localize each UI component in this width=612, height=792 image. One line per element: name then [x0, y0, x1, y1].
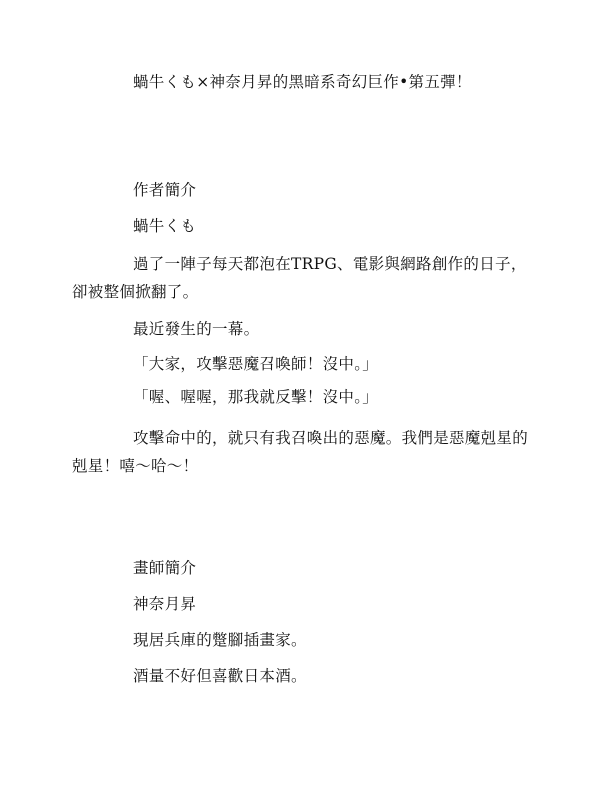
author-paragraph: 攻擊命中的，就只有我召喚出的惡魔。我們是惡魔剋星的剋星！嘻～哈～！	[72, 424, 534, 480]
author-paragraph: 過了一陣子每天都泡在TRPG、電影與網路創作的日子，卻被整個掀翻了。	[72, 250, 534, 306]
author-paragraph: 「大家，攻擊惡魔召喚師！沒中。」	[72, 350, 534, 378]
author-name: 蝸牛くも	[72, 212, 534, 240]
illustrator-paragraph: 酒量不好但喜歡日本酒。	[72, 662, 534, 690]
illustrator-heading: 畫師簡介	[72, 554, 534, 582]
author-paragraph: 最近發生的一幕。	[72, 315, 534, 343]
author-heading: 作者簡介	[72, 176, 534, 204]
author-paragraph: 「喔、喔喔，那我就反擊！沒中。」	[72, 383, 534, 411]
illustrator-name: 神奈月昇	[72, 590, 534, 618]
illustrator-paragraph: 現居兵庫的蹩腳插畫家。	[72, 626, 534, 654]
tagline: 蝸牛くも×神奈月昇的黑暗系奇幻巨作•第五彈！	[72, 68, 534, 96]
